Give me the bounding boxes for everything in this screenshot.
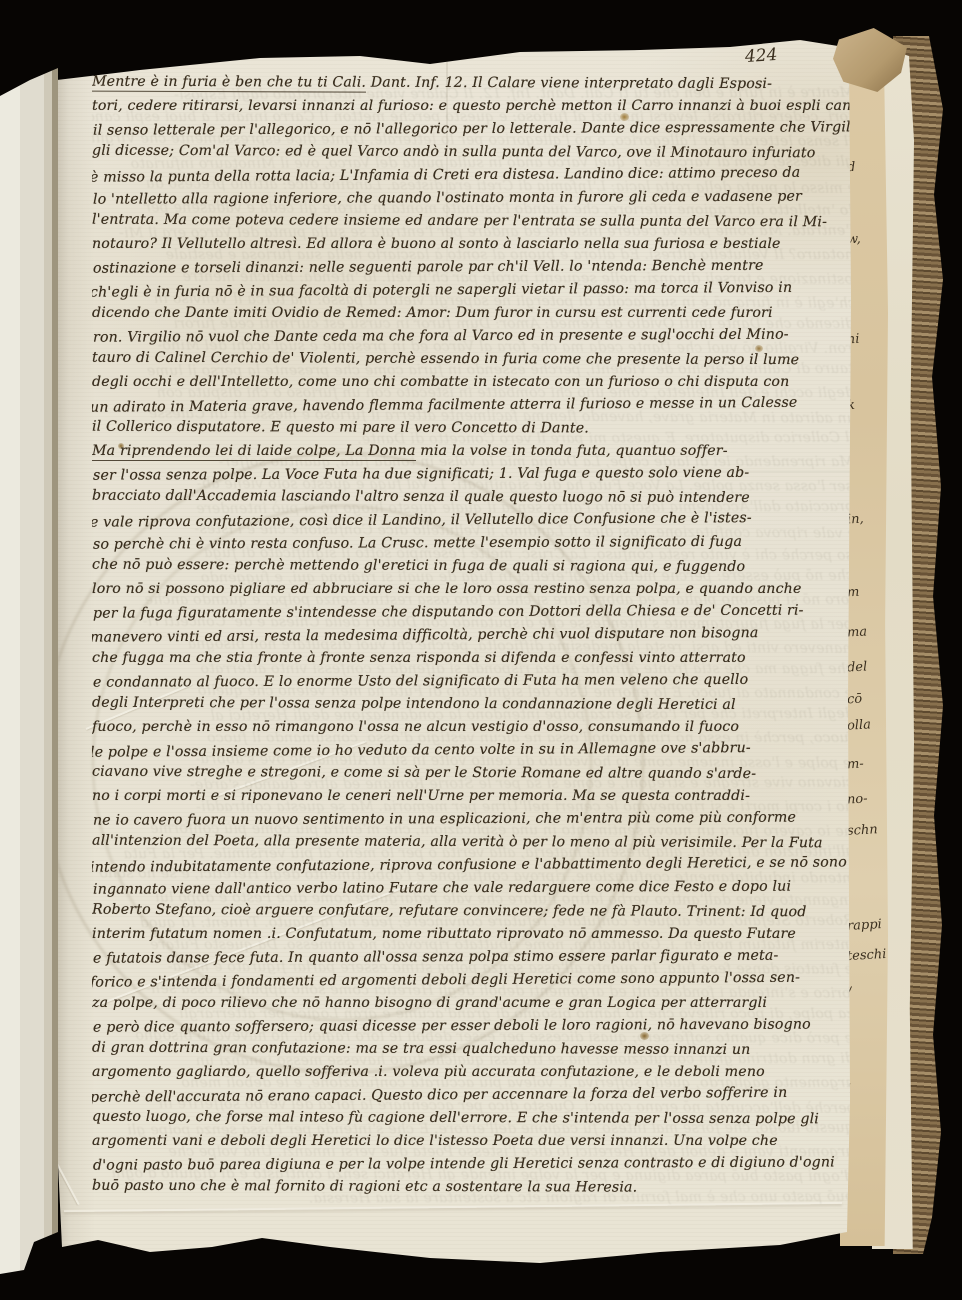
underleaf-text-fragment: teschi (847, 947, 887, 964)
manuscript-line: e però dice quanto soffersero; quasi dic… (93, 1013, 854, 1039)
photograph-background: { "manuscript": { "page_number": "424", … (0, 0, 962, 1300)
manuscript-line: ch'egli è in furia nō è in sua facoltà d… (92, 276, 852, 304)
underleaf-text-fragment: m- (847, 757, 864, 773)
underlined-phrase: Ma riprendendo lei di laide colpe, La Do… (92, 443, 416, 461)
manuscript-line: buō pasto uno che è mal fornito di ragio… (92, 1175, 854, 1201)
manuscript-line: degli occhi e dell'Intelletto, come uno … (92, 371, 854, 394)
manuscript-line: di gran dottrina gran confutazione: ma s… (92, 1037, 854, 1063)
torn-top-edge (240, 37, 710, 52)
manuscript-line: Ma riprendendo lei di laide colpe, La Do… (92, 440, 854, 463)
handwritten-text-block: Mentre è in furia è ben che tu ti Cali. … (92, 72, 854, 1212)
torn-top-edge (700, 28, 850, 43)
manuscript-page: ‑— ·–– —· ‑– ——· –‑ ·— 424 Mentre è in f… (0, 0, 962, 1300)
manuscript-line: che nō può essere: perchè mettendo gl'er… (92, 554, 854, 580)
manuscript-line: questo luogo, che forse mal inteso fù ca… (92, 1106, 854, 1132)
underleaf-text-fragment: no- (847, 791, 868, 807)
manuscript-line: argomenti vani e deboli degli Heretici l… (92, 1130, 854, 1153)
manuscript-line: il Collerico disputatore. E questo mi pa… (92, 416, 854, 442)
manuscript-line: forico e s'intenda i fondamenti ed argom… (92, 966, 852, 994)
manuscript-line: d'ogni pasto buō parea digiuna e per la … (93, 1151, 854, 1177)
manuscript-line: manevero vinti ed arsi, resta la medesim… (92, 621, 852, 649)
underleaf-text-fragment: del (847, 659, 868, 675)
manuscript-line: argomento gagliardo, quello sofferiva .i… (92, 1061, 854, 1084)
manuscript-line: lo 'ntelletto alla ragione inferiore, ch… (93, 185, 854, 211)
facing-page-edge (0, 0, 58, 1300)
manuscript-line: ne io cavero fuora un nuovo sentimento i… (93, 806, 854, 832)
manuscript-line: ser l'ossa senza polpe. La Voce Futa ha … (93, 461, 854, 487)
manuscript-line: degli Interpreti che per l'ossa senza po… (92, 692, 854, 718)
manuscript-line: interim futatum nomen .i. Confutatum, no… (92, 923, 854, 946)
manuscript-line: dicendo che Dante imiti Ovidio de Remed:… (92, 302, 854, 325)
manuscript-line: Roberto Stefano, cioè arguere confutare,… (92, 899, 854, 925)
manuscript-line: il senso letterale per l'allegorico, e n… (93, 116, 854, 142)
manuscript-line: fuoco, perchè in esso nō rimangono l'oss… (92, 716, 854, 739)
manuscript-line: tori, cedere ritirarsi, levarsi innanzi … (92, 95, 854, 118)
manuscript-line: che fugga ma che stia fronte à fronte se… (92, 647, 854, 670)
manuscript-line: no i corpi morti e si riponevano le cene… (92, 785, 854, 808)
underleaf-text-fragment: rappi (847, 917, 883, 934)
manuscript-line: so perchè chi è vinto resta confuso. La … (93, 530, 854, 556)
manuscript-line: ron. Virgilio nō vuol che Dante ceda ma … (93, 323, 854, 349)
underleaf-text-fragment: schn (847, 822, 878, 839)
manuscript-line: notauro? Il Vellutello altresì. Ed allor… (92, 233, 854, 256)
underleaf-text-fragment: ma (847, 624, 868, 640)
page-number: 424 (744, 45, 778, 67)
manuscript-line: loro nō si possono pigliare ed abbruciar… (92, 578, 854, 601)
manuscript-line: tauro di Calinel Cerchio de' Violenti, p… (92, 347, 854, 373)
underlined-phrase: Mentre è in furia è ben che tu ti Cali. (92, 74, 366, 93)
manuscript-line: e condannato al fuoco. E lo enorme Usto … (93, 668, 854, 694)
underleaf-text-fragment: olla (847, 717, 872, 733)
manuscript-line: Mentre è in furia è ben che tu ti Cali. … (92, 72, 854, 96)
manuscript-line: l'entrata. Ma come poteva cedere insieme… (92, 209, 854, 235)
manuscript-line: ingannato viene dall'antico verbo latino… (93, 875, 854, 901)
manuscript-line: ciavano vive streghe e stregoni, e come … (92, 761, 854, 787)
underleaf-text-fragment: cō (847, 692, 863, 708)
page-surface: ‑— ·–– —· ‑– ——· –‑ ·— 424 Mentre è in f… (0, 0, 962, 1300)
manuscript-line: za polpe, di poco rilievo che nō hanno b… (92, 992, 854, 1015)
